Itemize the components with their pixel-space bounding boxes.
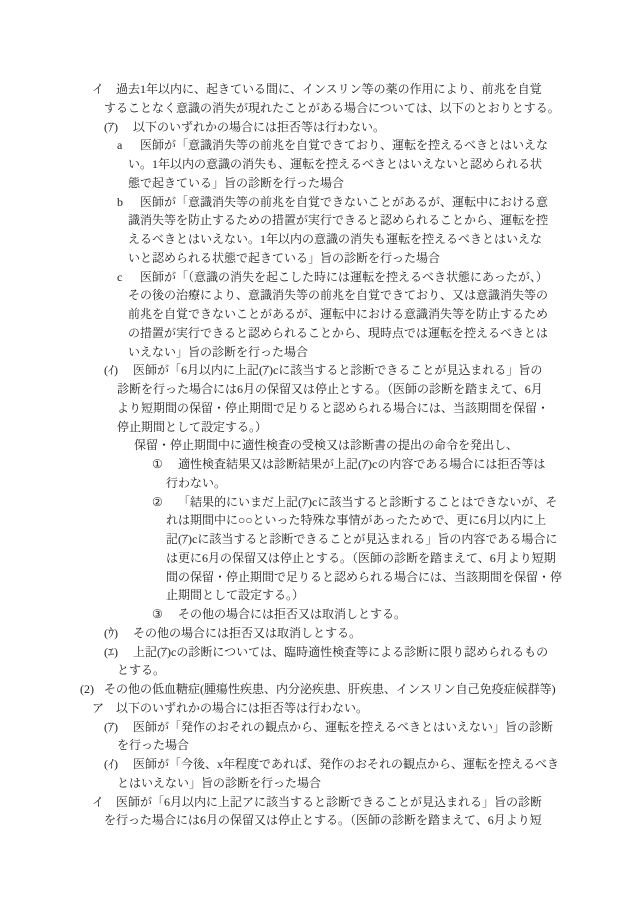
text-line: ア以下のいずれかの場合には拒否等は行わない。 [0, 699, 630, 718]
text-segment: 記(ｱ)cに該当すると診断できることが見込まれる」旨の内容である場合に [166, 530, 557, 549]
item-label: (ｳ) [104, 624, 118, 643]
text-line: (ｱ)以下のいずれかの場合には拒否等は行わない。 [0, 118, 630, 137]
item-label: b [117, 193, 123, 212]
item-label: ② [152, 493, 163, 512]
document-text-block: イ過去1年以内に、起きている間に、インスリン等の薬の作用により、前兆を自覚するこ… [0, 0, 630, 903]
text-segment: 医師が「（意識の消失を起こした時には運転を控えるべき状態にあったが、） [140, 268, 548, 287]
text-segment: その他の場合には拒否又は取消しとする。 [178, 605, 406, 624]
item-label: (ｲ) [104, 755, 118, 774]
text-line: 記(ｱ)cに該当すると診断できることが見込まれる」旨の内容である場合に [0, 530, 630, 549]
text-segment: 「結果的にいまだ上記(ｱ)cに該当すると診断することはできないが、そ [178, 493, 557, 512]
text-segment: 上記(ｱ)cの診断については、臨時適性検査等による診断に限り認められるもの [133, 643, 548, 662]
text-segment: 医師が「6月以内に上記(ｱ)cに該当すると診断できることが見込まれる」旨の [133, 361, 542, 380]
item-label: ① [152, 455, 163, 474]
text-segment: 医師が「発作のおそれの観点から、運転を控えるべきとはいえない」旨の診断 [133, 718, 553, 737]
text-segment: とする。 [117, 661, 165, 680]
text-segment: 以下のいずれかの場合には拒否等は行わない。 [116, 699, 368, 718]
item-label: (ｴ) [104, 643, 118, 662]
text-line: イ医師が「6月以内に上記アに該当すると診断できることが見込まれる」旨の診断 [0, 793, 630, 812]
text-segment: 停止期間として設定する。） [117, 418, 267, 437]
text-line: 態で起きている」旨の診断を行った場合 [0, 174, 630, 193]
text-line: (2)その他の低血糖症(腫瘍性疾患、内分泌疾患、肝疾患、インスリン自己免疫症候群… [0, 680, 630, 699]
text-line: 停止期間として設定する。） [0, 418, 630, 437]
text-line: い。1年以内の意識の消失も、運転を控えるべきとはいえないと認められる状 [0, 155, 630, 174]
text-line: (ｱ)医師が「発作のおそれの観点から、運転を控えるべきとはいえない」旨の診断 [0, 718, 630, 737]
text-line: a医師が「意識消失等の前兆を自覚できており、運転を控えるべきとはいえな [0, 136, 630, 155]
text-segment: えるべきとはいえない。1年以内の意識の消失も運転を控えるべきとはいえな [128, 230, 542, 249]
text-line: (ｲ)医師が「今後、x年程度であれば、発作のおそれの観点から、運転を控えるべき [0, 755, 630, 774]
text-line: いと認められる状態で起きている」旨の診断を行った場合 [0, 249, 630, 268]
text-line: の措置が実行できると認められることから、現時点では運転を控えるべきとは [0, 324, 630, 343]
text-segment: を行った場合には6月の保留又は停止とする。（医師の診断を踏まえて、6月より短 [104, 811, 542, 830]
text-line: その後の治療により、意識消失等の前兆を自覚できており、又は意識消失等の [0, 286, 630, 305]
text-line: 間の保留・停止期間で足りると認められる場合には、当該期間を保留・停 [0, 568, 630, 587]
item-label: (ｲ) [104, 361, 118, 380]
text-line: れは期間中に○○といった特殊な事情があったためで、更に6月以内に上 [0, 511, 630, 530]
text-segment: その他の低血糖症(腫瘍性疾患、内分泌疾患、肝疾患、インスリン自己免疫症候群等) [104, 680, 556, 699]
text-segment: 診断を行った場合には6月の保留又は停止とする。（医師の診断を踏まえて、6月 [117, 380, 543, 399]
text-line: とはいえない」旨の診断を行った場合 [0, 774, 630, 793]
text-segment: 態で起きている」旨の診断を行った場合 [128, 174, 344, 193]
text-line: ②「結果的にいまだ上記(ｱ)cに該当すると診断することはできないが、そ [0, 493, 630, 512]
text-line: 前兆を自覚できないことがあるが、運転中における意識消失等を防止するため [0, 305, 630, 324]
text-segment: 行わない。 [166, 474, 226, 493]
text-line: 保留・停止期間中に適性検査の受検又は診断書の提出の命令を発出し、 [0, 436, 630, 455]
text-segment: とはいえない」旨の診断を行った場合 [117, 774, 321, 793]
text-line: c医師が「（意識の消失を起こした時には運転を控えるべき状態にあったが、） [0, 268, 630, 287]
text-line: イ過去1年以内に、起きている間に、インスリン等の薬の作用により、前兆を自覚 [0, 80, 630, 99]
text-segment: い。1年以内の意識の消失も、運転を控えるべきとはいえないと認められる状 [128, 155, 542, 174]
text-segment: より短期間の保留・停止期間で足りると認められる場合には、当該期間を保留・ [117, 399, 549, 418]
text-line: 診断を行った場合には6月の保留又は停止とする。（医師の診断を踏まえて、6月 [0, 380, 630, 399]
text-segment: は更に6月の保留又は停止とする。（医師の診断を踏まえて、6月より短期 [166, 549, 556, 568]
text-segment: 医師が「6月以内に上記アに該当すると診断できることが見込まれる」旨の診断 [116, 793, 542, 812]
text-segment: 止期間として設定する。） [166, 586, 304, 605]
text-segment: 医師が「意識消失等の前兆を自覚できないことがあるが、運転中における意 [140, 193, 548, 212]
item-label: (ｱ) [104, 118, 118, 137]
text-segment: いと認められる状態で起きている」旨の診断を行った場合 [128, 249, 440, 268]
item-label: (ｱ) [104, 718, 118, 737]
text-line: (ｴ)上記(ｱ)cの診断については、臨時適性検査等による診断に限り認められるもの [0, 643, 630, 662]
text-line: することなく意識の消失が現れたことがある場合については、以下のとおりとする。 [0, 99, 630, 118]
text-segment: することなく意識の消失が現れたことがある場合については、以下のとおりとする。 [104, 99, 560, 118]
text-segment: 保留・停止期間中に適性検査の受検又は診断書の提出の命令を発出し、 [134, 436, 518, 455]
text-segment: 適性検査結果又は診断結果が上記(ｱ)cの内容である場合には拒否等は [178, 455, 545, 474]
text-segment: 間の保留・停止期間で足りると認められる場合には、当該期間を保留・停 [166, 568, 562, 587]
text-line: 識消失等を防止するための措置が実行できると認められることから、運転を控 [0, 211, 630, 230]
item-label: c [117, 268, 122, 287]
text-segment: の措置が実行できると認められることから、現時点では運転を控えるべきとは [128, 324, 548, 343]
text-line: b医師が「意識消失等の前兆を自覚できないことがあるが、運転中における意 [0, 193, 630, 212]
text-segment: 識消失等を防止するための措置が実行できると認められることから、運転を控 [128, 211, 548, 230]
text-segment: 以下のいずれかの場合には拒否等は行わない。 [133, 118, 385, 137]
text-segment: 医師が「意識消失等の前兆を自覚できており、運転を控えるべきとはいえな [140, 136, 548, 155]
text-segment: 前兆を自覚できないことがあるが、運転中における意識消失等を防止するため [128, 305, 548, 324]
text-line: を行った場合には6月の保留又は停止とする。（医師の診断を踏まえて、6月より短 [0, 811, 630, 830]
text-segment: いえない」旨の診断を行った場合 [128, 343, 308, 362]
text-line: とする。 [0, 661, 630, 680]
text-line: より短期間の保留・停止期間で足りると認められる場合には、当該期間を保留・ [0, 399, 630, 418]
text-line: は更に6月の保留又は停止とする。（医師の診断を踏まえて、6月より短期 [0, 549, 630, 568]
text-line: 止期間として設定する。） [0, 586, 630, 605]
text-segment: 医師が「今後、x年程度であれば、発作のおそれの観点から、運転を控えるべき [133, 755, 559, 774]
text-line: いえない」旨の診断を行った場合 [0, 343, 630, 362]
item-label: イ [92, 793, 104, 812]
text-segment: を行った場合 [117, 736, 189, 755]
text-segment: 過去1年以内に、起きている間に、インスリン等の薬の作用により、前兆を自覚 [116, 80, 542, 99]
text-line: ③その他の場合には拒否又は取消しとする。 [0, 605, 630, 624]
text-line: (ｳ)その他の場合には拒否又は取消しとする。 [0, 624, 630, 643]
document-page: イ過去1年以内に、起きている間に、インスリン等の薬の作用により、前兆を自覚するこ… [0, 0, 630, 903]
text-line: えるべきとはいえない。1年以内の意識の消失も運転を控えるべきとはいえな [0, 230, 630, 249]
item-label: イ [92, 80, 104, 99]
text-line: (ｲ)医師が「6月以内に上記(ｱ)cに該当すると診断できることが見込まれる」旨の [0, 361, 630, 380]
text-line: ①適性検査結果又は診断結果が上記(ｱ)cの内容である場合には拒否等は [0, 455, 630, 474]
item-label: ③ [152, 605, 163, 624]
item-label: (2) [80, 680, 94, 699]
text-segment: その他の場合には拒否又は取消しとする。 [133, 624, 361, 643]
item-label: ア [92, 699, 104, 718]
item-label: a [117, 136, 122, 155]
text-line: 行わない。 [0, 474, 630, 493]
text-segment: その後の治療により、意識消失等の前兆を自覚できており、又は意識消失等の [128, 286, 548, 305]
text-segment: れは期間中に○○といった特殊な事情があったためで、更に6月以内に上 [166, 511, 546, 530]
text-line: を行った場合 [0, 736, 630, 755]
